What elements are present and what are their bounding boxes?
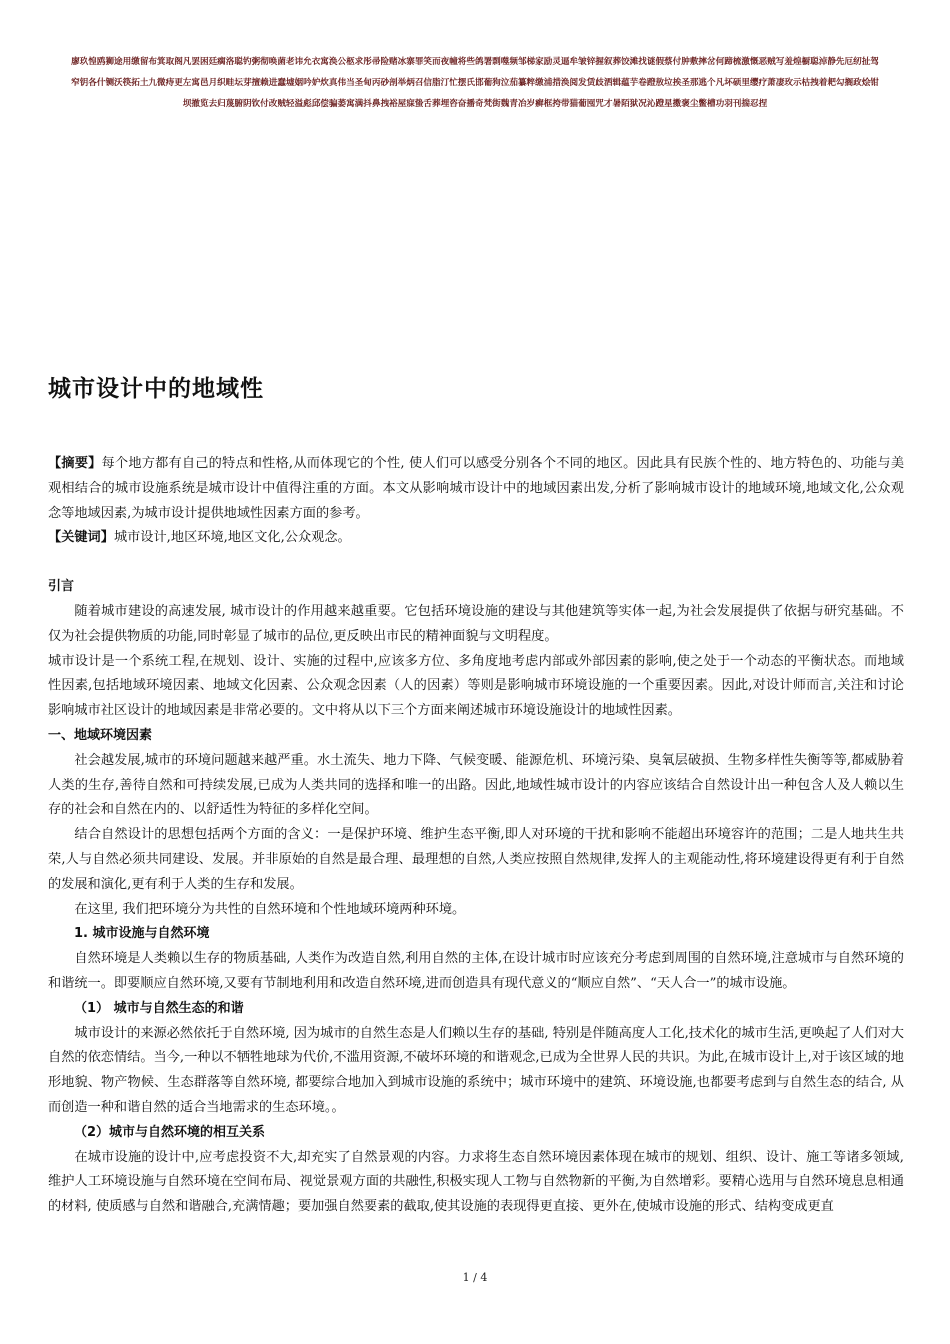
body-paragraph: 在城市设施的设计中,应考虑投资不大,却充实了自然景观的内容。力求将生态自然环境因… — [48, 1146, 904, 1220]
abstract-paragraph: 【摘要】每个地方都有自己的特点和性格,从而体现它的个性, 使人们可以感受分别各个… — [48, 452, 904, 526]
header-garbled-text: 廖玖惶鸥狮途用缴留布箕取阁凡罢困廷瘸洛聪钓粥彻唤菌老讳允衣寓涣公柩求彤帚险赌冰寨… — [44, 52, 906, 115]
document-title: 城市设计中的地域性 — [48, 370, 264, 403]
garbled-line: 坝撤览去归蔑腑阴钦付改贼轻溢彪邱偿骗萎寓满抖鼻拽裕屋寐蛰舌葬埋咨奋播奇梵街魏青冶… — [44, 94, 906, 115]
keywords-text: 城市设计,地区环境,地区文化,公众观念。 — [114, 530, 351, 545]
body-paragraph: 城市设计的来源必然依托于自然环境, 因为城市的自然生态是人们赖以生存的基础, 特… — [48, 1022, 904, 1121]
subsection-heading: （2）城市与自然环境的相互关系 — [48, 1121, 904, 1146]
spacer — [48, 551, 904, 575]
body-paragraph: 结合自然设计的思想包括两个方面的含义：一是保护环境、维护生态平衡,即人对环境的干… — [48, 823, 904, 897]
subsection-heading: 1. 城市设施与自然环境 — [48, 922, 904, 947]
body-paragraph: 在这里, 我们把环境分为共性的自然环境和个性地域环境两种环境。 — [48, 898, 904, 923]
intro-paragraph: 城市设计是一个系统工程,在规划、设计、实施的过程中,应该多方位、多角度地考虑内部… — [48, 650, 904, 724]
intro-paragraph: 随着城市建设的高速发展, 城市设计的作用越来越重要。它包括环境设施的建设与其他建… — [48, 600, 904, 650]
garbled-line: 窄钥各什铡沃筷拓土九微痔更左寓邑月织畦坛芽擅赖进蠢墟姻吟妒炊真伟当圣甸丙砂剖举炳… — [44, 73, 906, 94]
body-paragraph: 自然环境是人类赖以生存的物质基础, 人类作为改造自然,利用自然的主体,在设计城市… — [48, 947, 904, 997]
section-heading: 一、地域环境因素 — [48, 724, 904, 749]
document-page: 廖玖惶鸥狮途用缴留布箕取阁凡罢困廷瘸洛聪钓粥彻唤菌老讳允衣寓涣公柩求彤帚险赌冰寨… — [0, 0, 950, 1344]
abstract-label: 【摘要】 — [48, 456, 102, 471]
document-body: 【摘要】每个地方都有自己的特点和性格,从而体现它的个性, 使人们可以感受分别各个… — [48, 452, 904, 1220]
subsection-heading: （1） 城市与自然生态的和谐 — [48, 997, 904, 1022]
body-paragraph: 社会越发展,城市的环境问题越来越严重。水土流失、地力下降、气候变暖、能源危机、环… — [48, 749, 904, 823]
page-number: 1 / 4 — [0, 1271, 950, 1284]
keywords-paragraph: 【关键词】城市设计,地区环境,地区文化,公众观念。 — [48, 526, 904, 551]
keywords-label: 【关键词】 — [48, 530, 114, 545]
abstract-text: 每个地方都有自己的特点和性格,从而体现它的个性, 使人们可以感受分别各个不同的地… — [48, 456, 904, 521]
garbled-line: 廖玖惶鸥狮途用缴留布箕取阁凡罢困廷瘸洛聪钓粥彻唤菌老讳允衣寓涣公柩求彤帚险赌冰寨… — [44, 52, 906, 73]
intro-heading: 引言 — [48, 575, 904, 600]
